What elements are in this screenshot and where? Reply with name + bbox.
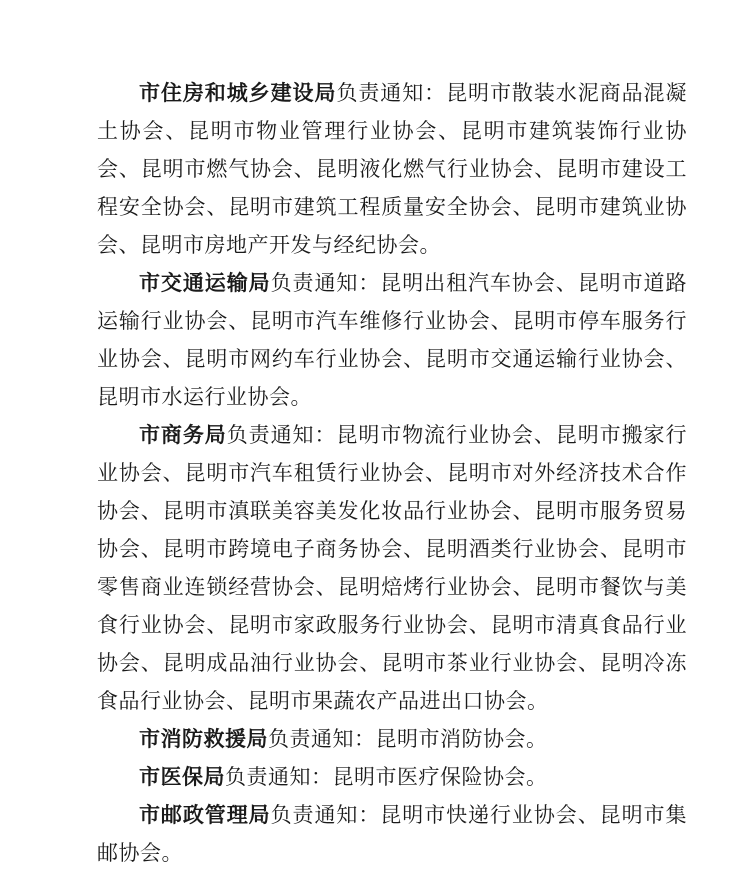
paragraph-fire-rescue-bureau: 市消防救援局负责通知：昆明市消防协会。: [97, 720, 687, 758]
paragraph-text: 负责通知：昆明市物流行业协会、昆明市搬家行业协会、昆明市汽车租赁行业协会、昆明市…: [97, 423, 687, 713]
paragraph-commerce-bureau: 市商务局负责通知：昆明市物流行业协会、昆明市搬家行业协会、昆明市汽车租赁行业协会…: [97, 416, 687, 720]
paragraph-medical-insurance-bureau: 市医保局负责通知：昆明市医疗保险协会。: [97, 758, 687, 796]
agency-name: 市消防救援局: [139, 727, 268, 751]
paragraph-housing-bureau: 市住房和城乡建设局负责通知：昆明市散装水泥商品混凝土协会、昆明市物业管理行业协会…: [97, 74, 687, 264]
agency-name: 市商务局: [139, 423, 227, 447]
agency-name: 市交通运输局: [139, 271, 271, 295]
agency-name: 市邮政管理局: [139, 803, 271, 827]
agency-name: 市住房和城乡建设局: [139, 81, 336, 105]
document-body: 市住房和城乡建设局负责通知：昆明市散装水泥商品混凝土协会、昆明市物业管理行业协会…: [97, 74, 687, 872]
paragraph-postal-bureau: 市邮政管理局负责通知：昆明市快递行业协会、昆明市集邮协会。: [97, 796, 687, 872]
paragraph-text: 负责通知：昆明市散装水泥商品混凝土协会、昆明市物业管理行业协会、昆明市建筑装饰行…: [97, 81, 687, 257]
paragraph-text: 负责通知：昆明市消防协会。: [268, 727, 548, 751]
paragraph-text: 负责通知：昆明市医疗保险协会。: [225, 765, 548, 789]
agency-name: 市医保局: [139, 765, 225, 789]
paragraph-transport-bureau: 市交通运输局负责通知：昆明出租汽车协会、昆明市道路运输行业协会、昆明市汽车维修行…: [97, 264, 687, 416]
